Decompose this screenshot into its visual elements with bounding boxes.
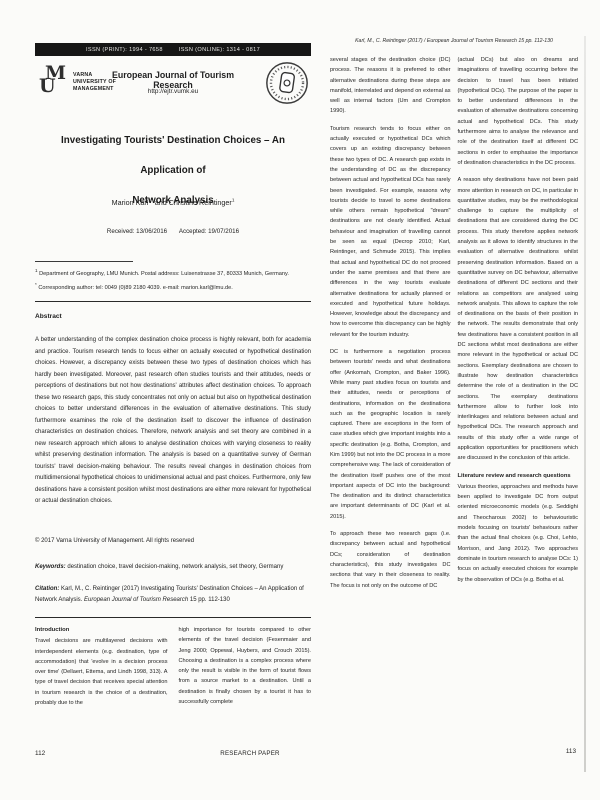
- keywords-line: Keywords: destination choice, travel dec…: [35, 564, 311, 570]
- keywords-label: Keywords:: [35, 564, 66, 570]
- copyright-line: © 2017 Varna University of Management. A…: [35, 538, 194, 544]
- paragraph: high importance for tourists compared to…: [179, 625, 312, 707]
- paragraph: A reason why destinations have not been …: [458, 175, 579, 463]
- accepted-date: Accepted: 19/07/2016: [179, 228, 239, 235]
- literature-review-heading: Literature review and research questions: [458, 471, 579, 481]
- paragraph: DC is furthermore a negotiation process …: [330, 347, 451, 522]
- left-page: ISSN (PRINT): 1994 - 7658 ISSN (ONLINE):…: [35, 38, 311, 778]
- issn-print: ISSN (PRINT): 1994 - 7658: [86, 47, 163, 53]
- right-page: Karl, M., C. Reintinger (2017) / Europea…: [330, 38, 578, 778]
- journal-url: http://ejtr.vumk.eu: [97, 88, 249, 95]
- abstract-heading: Abstract: [35, 313, 62, 320]
- research-paper-label: RESEARCH PAPER: [185, 750, 315, 757]
- introduction-heading: Introduction: [35, 625, 168, 635]
- author2-affiliation-mark: 1: [232, 198, 235, 203]
- footnote-affiliation: 1 Department of Geography, LMU Munich. P…: [35, 268, 311, 282]
- running-header: Karl, M., C. Reintinger (2017) / Europea…: [330, 38, 578, 44]
- scan-edge: [584, 36, 586, 772]
- article-title-line1: Investigating Tourists' Destination Choi…: [35, 126, 311, 186]
- paragraph: several stages of the destination choice…: [330, 55, 451, 117]
- citation-journal-name: European Journal of Tourism Research: [84, 597, 188, 603]
- body-column-1: several stages of the destination choice…: [330, 55, 451, 598]
- intro-column-1: Introduction Travel decisions are multil…: [35, 625, 168, 708]
- intro-column-2: high importance for tourists compared to…: [179, 625, 312, 708]
- issn-online: ISSN (ONLINE): 1314 - 0817: [179, 47, 260, 53]
- citation-label: Citation:: [35, 586, 59, 592]
- abstract-text: A better understanding of the complex de…: [35, 335, 311, 508]
- introduction-columns: Introduction Travel decisions are multil…: [35, 625, 311, 708]
- footnote-corresponding-author: * Corresponding author: tel: 0049 (0)89 …: [35, 282, 311, 296]
- journal-seal-icon: [265, 61, 309, 105]
- paragraph: (actual DCs) but also on dreams and imag…: [458, 55, 579, 168]
- vum-logo-icon: M U: [39, 64, 69, 110]
- page-number-left: 112: [35, 750, 45, 757]
- body-column-2: (actual DCs) but also on dreams and imag…: [458, 55, 579, 598]
- journal-name: European Journal of Tourism Research: [97, 70, 249, 90]
- journal-header: M U VARNA UNIVERSITY OF MANAGEMENT Europ…: [35, 64, 311, 112]
- body-columns: several stages of the destination choice…: [330, 55, 578, 598]
- issn-banner: ISSN (PRINT): 1994 - 7658 ISSN (ONLINE):…: [35, 43, 311, 56]
- received-date: Received: 13/06/2016: [107, 228, 167, 235]
- paragraph: To approach these two research gaps (i.e…: [330, 529, 451, 591]
- section-divider-bottom: [35, 617, 311, 618]
- citation-line: Citation: Karl, M., C. Reintinger (2017)…: [35, 584, 311, 606]
- section-divider-top: [35, 301, 311, 302]
- paragraph: Tourism research tends to focus either o…: [330, 124, 451, 340]
- paragraph: Various theories, approaches and methods…: [458, 482, 579, 585]
- footnote-divider: [35, 261, 133, 262]
- footnotes: 1 Department of Geography, LMU Munich. P…: [35, 268, 311, 295]
- authors-line: Marion Karl1* and Christine Reintinger1: [35, 198, 311, 207]
- page-number-right: 113: [566, 748, 576, 755]
- received-accepted-line: Received: 13/06/2016 Accepted: 19/07/201…: [35, 228, 311, 235]
- paragraph: Travel decisions are multilayered decisi…: [35, 636, 168, 708]
